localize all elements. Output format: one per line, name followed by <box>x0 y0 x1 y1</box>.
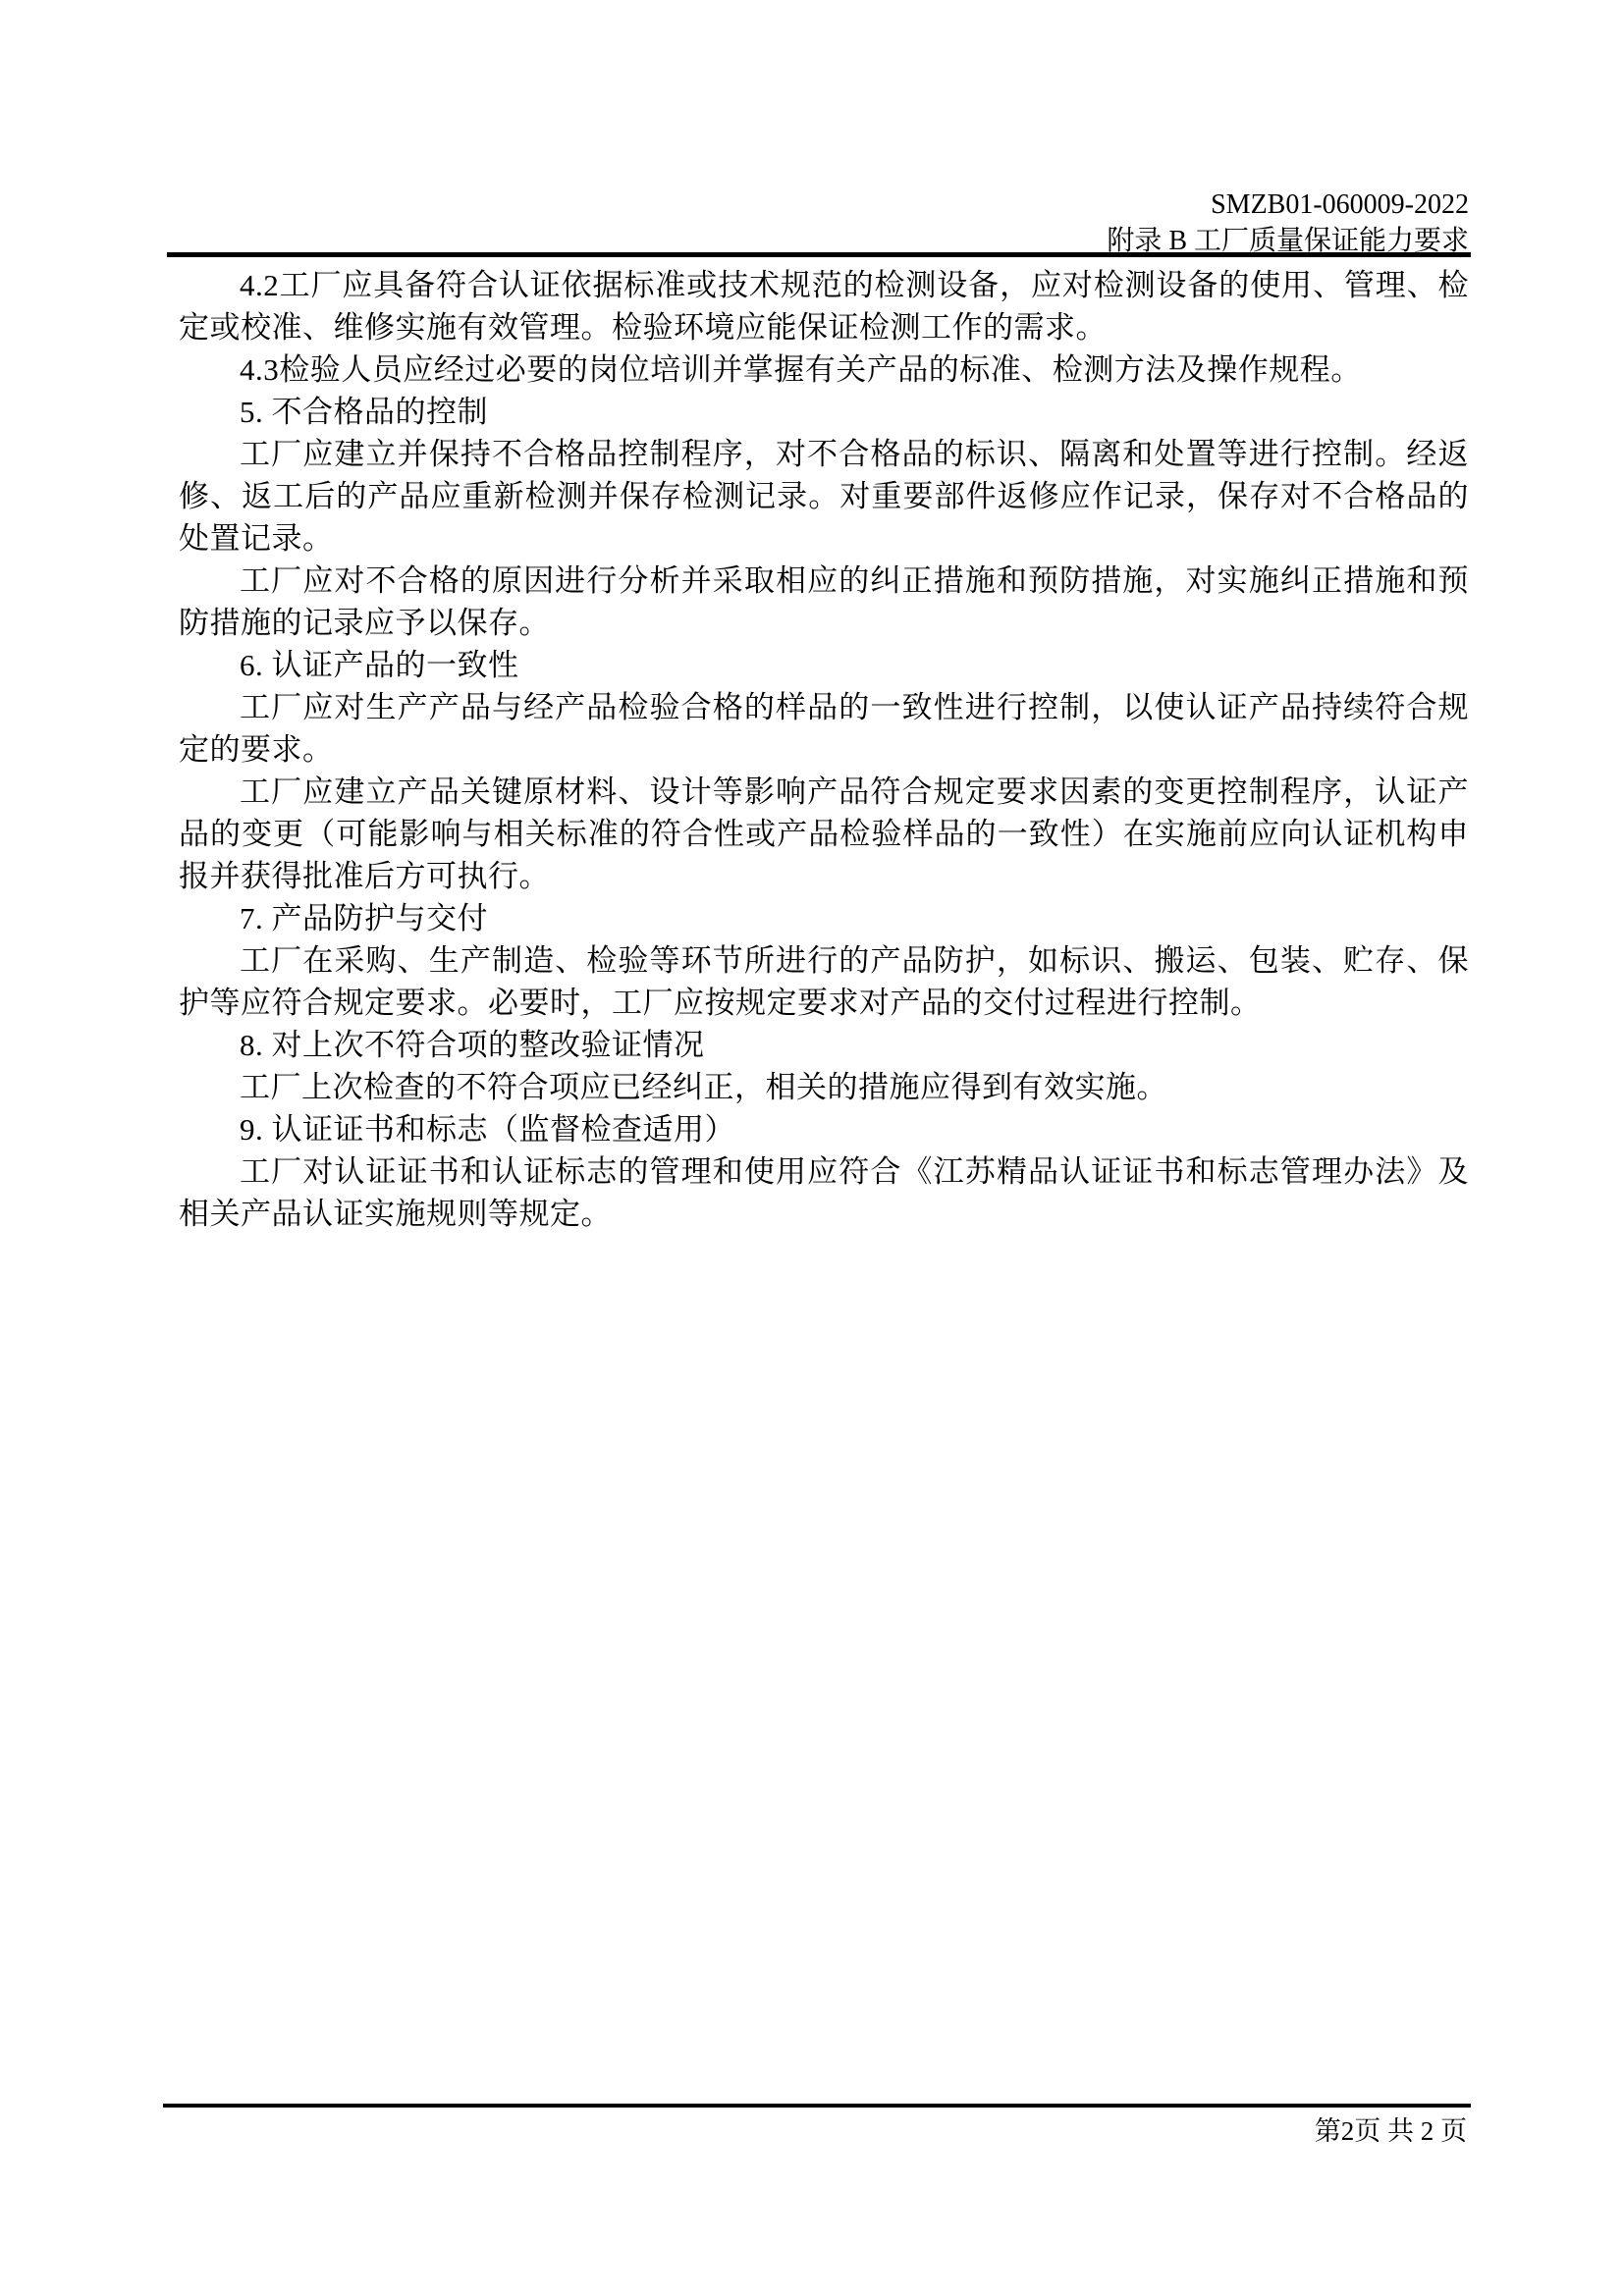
page-number: 第2页 共 2 页 <box>1315 2116 1467 2146</box>
footer-rule <box>163 2104 1471 2108</box>
page-footer: 第2页 共 2 页 <box>177 2113 1467 2149</box>
doc-number: SMZB01-060009-2022 <box>177 187 1469 223</box>
paragraph: 工厂对认证证书和认证标志的管理和使用应符合《江苏精品认证证书和标志管理办法》及相… <box>179 1150 1469 1235</box>
header-rule <box>167 252 1471 257</box>
paragraph: 工厂应建立并保持不合格品控制程序，对不合格品的标识、隔离和处置等进行控制。经返修… <box>179 433 1469 560</box>
paragraph: 工厂应对生产产品与经产品检验合格的样品的一致性进行控制，以使认证产品持续符合规定… <box>179 686 1469 771</box>
section-heading: 7. 产品防护与交付 <box>179 897 1469 939</box>
paragraph: 工厂上次检查的不符合项应已经纠正，相关的措施应得到有效实施。 <box>179 1066 1469 1108</box>
page-header: SMZB01-060009-2022 附录 B 工厂质量保证能力要求 <box>177 187 1469 259</box>
document-body: 4.2工厂应具备符合认证依据标准或技术规范的检测设备，应对检测设备的使用、管理、… <box>179 264 1469 1235</box>
section-heading: 9. 认证证书和标志（监督检查适用） <box>179 1108 1469 1150</box>
paragraph: 工厂应对不合格的原因进行分析并采取相应的纠正措施和预防措施，对实施纠正措施和预防… <box>179 560 1469 644</box>
section-heading: 6. 认证产品的一致性 <box>179 644 1469 686</box>
section-heading: 5. 不合格品的控制 <box>179 391 1469 433</box>
paragraph: 4.3检验人员应经过必要的岗位培训并掌握有关产品的标准、检测方法及操作规程。 <box>179 348 1469 391</box>
section-heading: 8. 对上次不符合项的整改验证情况 <box>179 1024 1469 1066</box>
document-page: SMZB01-060009-2022 附录 B 工厂质量保证能力要求 4.2工厂… <box>0 0 1624 2296</box>
paragraph: 工厂在采购、生产制造、检验等环节所进行的产品防护，如标识、搬运、包装、贮存、保护… <box>179 939 1469 1024</box>
paragraph: 工厂应建立产品关键原材料、设计等影响产品符合规定要求因素的变更控制程序，认证产品… <box>179 771 1469 897</box>
paragraph: 4.2工厂应具备符合认证依据标准或技术规范的检测设备，应对检测设备的使用、管理、… <box>179 264 1469 348</box>
